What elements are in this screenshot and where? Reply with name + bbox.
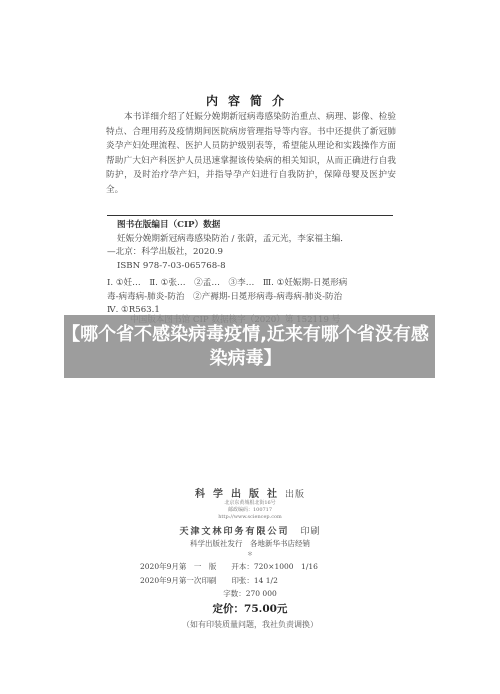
cip-line: 毒-病毒病-肺炎-防治 ②产褥期-日冕形病毒-病毒病-肺炎-防治 xyxy=(107,291,397,305)
publisher-address: 北京东黄城根北街16号 xyxy=(0,500,500,507)
title-banner: 【哪个省不感染病毒疫情,近来有哪个省没有感染病毒】 xyxy=(64,315,435,378)
publisher-name: 科学出版社 xyxy=(195,489,285,500)
publisher-postcode: 邮政编码：100717 xyxy=(0,507,500,514)
distribution: 科学出版社发行 各地新华书店经销 xyxy=(0,537,500,550)
quality-note: （如有印装质量问题，我社负责调换） xyxy=(0,618,500,632)
edition-line: 2020年9月第一次印刷 印张：14 1/2 xyxy=(120,574,380,588)
edition-line: 2020年9月第 一 版 开本：720×1000 1/16 xyxy=(120,560,380,574)
cip-line: ISBN 978-7-03-065768-8 xyxy=(107,260,397,274)
cip-block: 图书在版编目（CIP）数据 妊娠分娩期新冠病毒感染防治 / 张蔚，孟元光，李家福… xyxy=(107,219,397,318)
intro-title: 内容简介 xyxy=(0,92,500,109)
book-page: 内容简介 本书详细介绍了妊娠分娩期新冠病毒感染防治重点、病理、影像、检验特点、合… xyxy=(0,0,500,694)
printer-name: 天津文林印务有限公司 xyxy=(179,527,289,537)
cip-divider xyxy=(107,215,393,216)
cip-line: 妊娠分娩期新冠病毒感染防治 / 张蔚，孟元光，李家福主编． xyxy=(107,233,397,247)
price: 定价：75.00元 xyxy=(0,600,500,618)
colophon: 科学出版社出版 北京东黄城根北街16号 邮政编码：100717 http://w… xyxy=(0,485,500,632)
publisher: 科学出版社出版 xyxy=(0,485,500,500)
intro-body: 本书详细介绍了妊娠分娩期新冠病毒感染防治重点、病理、影像、检验特点、合理用药及疫… xyxy=(106,110,396,197)
publisher-suffix: 出版 xyxy=(285,490,305,500)
cip-line: Ⅰ. ①妊… Ⅱ. ①张… ②孟… ③李… Ⅲ. ①妊娠期-日冕形病 xyxy=(107,277,397,291)
cip-line: —北京：科学出版社，2020.9 xyxy=(107,246,397,260)
star-separator: ＊ xyxy=(0,550,500,560)
banner-text: 【哪个省不感染病毒疫情,近来有哪个省没有感染病毒】 xyxy=(56,323,436,371)
printer-suffix: 印刷 xyxy=(301,527,321,537)
word-count: 字数：270 000 xyxy=(0,587,500,600)
printer: 天津文林印务有限公司 印刷 xyxy=(0,524,500,537)
publisher-website: http://www.sciencep.com xyxy=(0,514,500,521)
cip-heading: 图书在版编目（CIP）数据 xyxy=(107,219,397,233)
